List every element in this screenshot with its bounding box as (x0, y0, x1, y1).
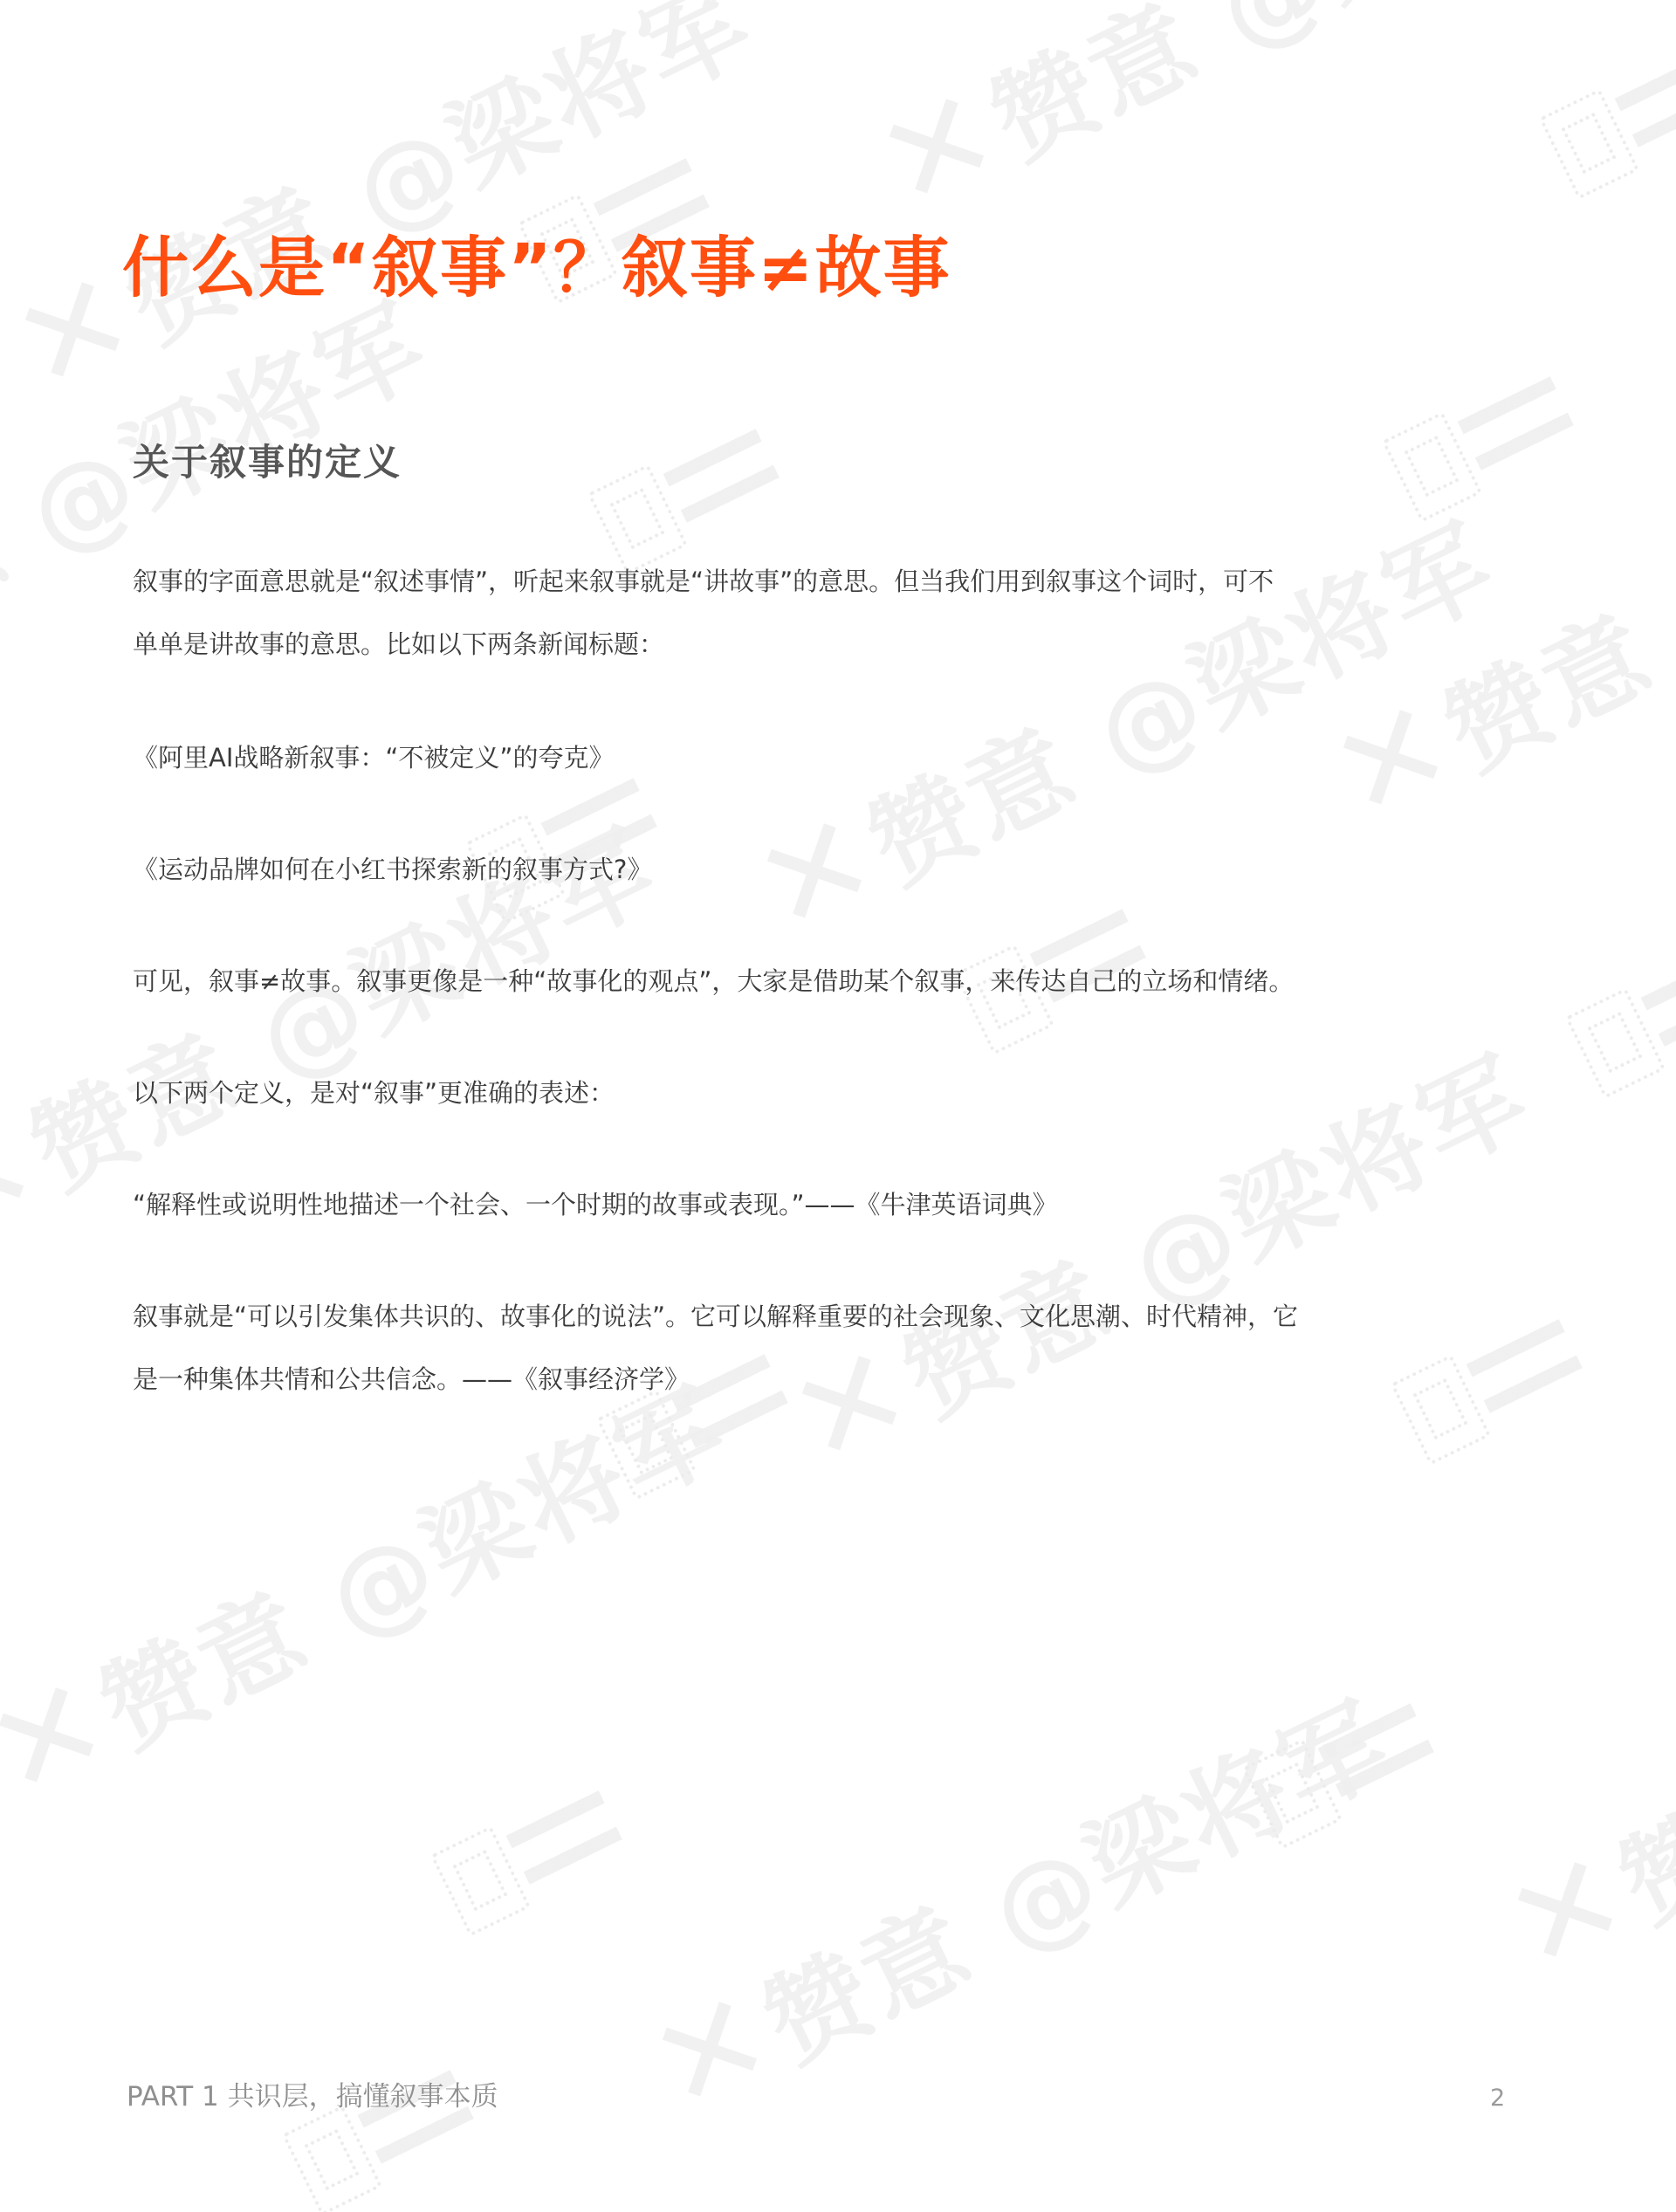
watermark-logo (428, 1770, 635, 1937)
news-headline-1: 《阿里AI战略新叙事：“不被定义”的夸克》 (133, 726, 614, 789)
paragraph-conclusion: 可见，叙事≠故事。叙事更像是一种“故事化的观点”，大家是借助某个叙事，来传达自己… (133, 950, 1294, 1013)
watermark-text: ✕赞意 @梁将军 (768, 1013, 1551, 1499)
paragraph-intro: 叙事的字面意思就是“叙述事情”，听起来叙事就是“讲故事”的意思。但当我们用到叙事… (133, 550, 1274, 676)
x-mark-icon: ✕ (1484, 1818, 1652, 2004)
paragraph-line: 《运动品牌如何在小红书探索新的叙事方式?》 (133, 838, 652, 901)
watermark-logo (1388, 1299, 1595, 1466)
x-mark-icon: ✕ (733, 780, 902, 965)
watermark-text: ✕赞意 @梁将军 (628, 1659, 1412, 2145)
watermark-logo (1379, 356, 1586, 523)
paragraph-line: 以下两个定义，是对“叙事”更准确的表述： (133, 1061, 615, 1124)
paragraph-line: 叙事的字面意思就是“叙述事情”，听起来叙事就是“讲故事”的意思。但当我们用到叙事… (133, 550, 1274, 613)
paragraph-line: 是一种集体共情和公共信念。——《叙事经济学》 (133, 1348, 1298, 1411)
paragraph-line: 《阿里AI战略新叙事：“不被定义”的夸克》 (133, 726, 614, 789)
watermark-text: ✕赞意 @梁将军 (1309, 367, 1676, 853)
watermark-text: ✕赞意 @梁将军 (0, 1344, 748, 1831)
news-headline-2: 《运动品牌如何在小红书探索新的叙事方式?》 (133, 838, 652, 901)
x-mark-icon: ✕ (1309, 666, 1478, 852)
paragraph-line: “解释性或说明性地描述一个社会、一个时期的故事或表现。”——《牛津英语词典》 (133, 1173, 1058, 1236)
watermark-text: ✕赞意 @梁将军 (1484, 1519, 1676, 2005)
definition-oxford: “解释性或说明性地描述一个社会、一个时期的故事或表现。”——《牛津英语词典》 (133, 1173, 1058, 1236)
page-number: 2 (1490, 2081, 1505, 2116)
x-mark-icon: ✕ (0, 1085, 64, 1271)
x-mark-icon: ✕ (0, 1644, 134, 1830)
paragraph-line: 单单是讲故事的意思。比如以下两条新闻标题： (133, 613, 1274, 676)
definition-narrative-economics: 叙事就是“可以引发集体共识的、故事化的说法”。它可以解释重要的社会现象、文化思潮… (133, 1285, 1298, 1411)
x-mark-icon: ✕ (628, 1958, 797, 2144)
watermark-logo (1563, 932, 1676, 1099)
x-mark-icon: ✕ (855, 55, 1024, 241)
section-heading: 关于叙事的定义 (133, 436, 402, 489)
page-title: 什么是“叙事”？叙事≠故事 (122, 229, 951, 307)
footer-part-label: PART 1 共识层，搞懂叙事本质 (127, 2078, 498, 2116)
paragraph-line: 可见，叙事≠故事。叙事更像是一种“故事化的观点”，大家是借助某个叙事，来传达自己… (133, 950, 1294, 1013)
watermark-logo (1536, 33, 1676, 200)
paragraph-line: 叙事就是“可以引发集体共识的、故事化的说法”。它可以解释重要的社会现象、文化思潮… (133, 1285, 1298, 1348)
watermark-text: ✕赞意 @梁将军 (855, 0, 1638, 241)
watermark-logo (1240, 1683, 1446, 1850)
watermark-text: ✕赞意 @梁将军 (0, 0, 774, 424)
watermark-logo (279, 2050, 486, 2212)
paragraph-definitions-intro: 以下两个定义，是对“叙事”更准确的表述： (133, 1061, 615, 1124)
